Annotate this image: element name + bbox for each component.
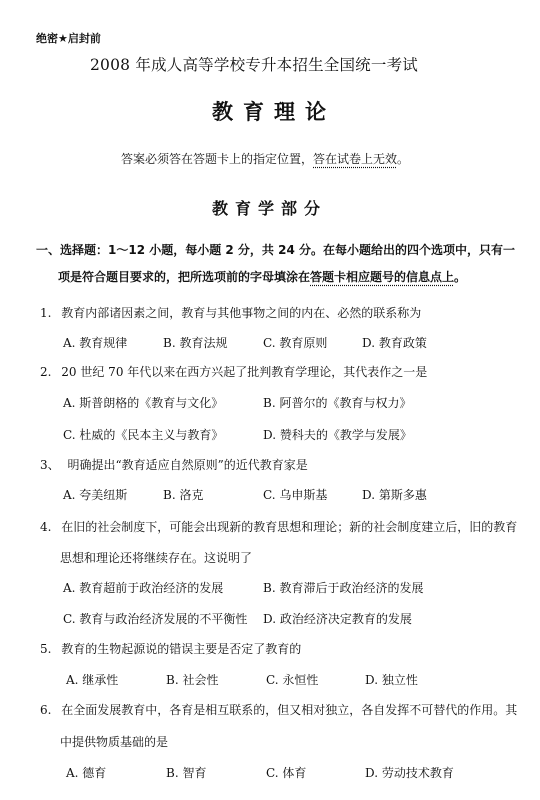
q5-option-b: B. 社会性 [166,671,218,688]
q6-option-a: A. 德育 [66,764,106,781]
question-1: 1. 教育内部诸因素之间，教育与其他事物之间的内在、必然的联系称为 [40,304,421,321]
notice-prefix: 答案必须答在答题卡上的指定位置， [121,152,313,166]
q4-option-b: B. 教育滞后于政治经济的发展 [263,579,423,596]
instructions-emphasis: 答题卡相应题号的信息点上 [310,270,454,284]
section-title: 教育学部分 [212,196,327,219]
q3-option-d: D. 第斯多惠 [362,486,427,503]
question-number: 5. [40,642,51,656]
question-4: 4. 在旧的社会制度下，可能会出现新的教育思想和理论；新的社会制度建立后，旧的教… [40,518,517,535]
question-3: 3、 明确提出“教育适应自然原则”的近代教育家是 [40,456,308,473]
question-text: 教育内部诸因素之间，教育与其他事物之间的内在、必然的联系称为 [61,306,421,320]
q6-option-c: C. 体育 [266,764,306,781]
instructions-line-1: 一、选择题：1～12 小题，每小题 2 分，共 24 分。在每小题给出的四个选项… [36,241,515,258]
question-text: 在全面发展教育中，各育是相互联系的，但又相对独立，各自发挥不可替代的作用。其 [61,703,517,717]
question-number: 3、 [40,458,60,472]
q4-option-d: D. 政治经济决定教育的发展 [263,610,412,627]
q5-option-d: D. 独立性 [365,671,418,688]
q4-option-c: C. 教育与政治经济发展的不平衡性 [63,610,247,627]
q6-option-b: B. 智育 [166,764,206,781]
q2-option-c: C. 杜威的《民本主义与教育》 [63,426,223,443]
question-number: 1. [40,306,51,320]
q3-option-a: A. 夸美纽斯 [63,486,127,503]
question-text: 在旧的社会制度下，可能会出现新的教育思想和理论；新的社会制度建立后，旧的教育 [61,520,517,534]
answer-notice: 答案必须答在答题卡上的指定位置，答在试卷上无效。 [121,150,409,167]
question-5: 5. 教育的生物起源说的错误主要是否定了教育的 [40,640,301,657]
secret-label: 绝密★启封前 [36,30,101,46]
q3-option-b: B. 洛克 [163,486,203,503]
instructions-suffix: 。 [454,270,466,284]
q1-option-b: B. 教育法规 [163,334,227,351]
question-6-line-2: 中提供物质基础的是 [60,733,168,750]
question-6: 6. 在全面发展教育中，各育是相互联系的，但又相对独立，各自发挥不可替代的作用。… [40,701,517,718]
question-4-line-2: 思想和理论还将继续存在。这说明了 [60,549,252,566]
q4-option-a: A. 教育超前于政治经济的发展 [63,579,223,596]
question-text: 明确提出“教育适应自然原则”的近代教育家是 [67,458,307,472]
instructions-prefix: 项是符合题目要求的，把所选项前的字母填涂在 [58,270,310,284]
question-number: 6. [40,703,51,717]
exam-title: 2008 年成人高等学校专升本招生全国统一考试 [90,53,418,75]
q3-option-c: C. 乌申斯基 [263,486,327,503]
q1-option-a: A. 教育规律 [63,334,127,351]
q1-option-d: D. 教育政策 [362,334,427,351]
q2-option-d: D. 赞科夫的《教学与发展》 [263,426,412,443]
notice-suffix: 。 [397,152,409,166]
q2-option-a: A. 斯普朗格的《教育与文化》 [63,394,223,411]
question-number: 4. [40,520,51,534]
q2-option-b: B. 阿普尔的《教育与权力》 [263,394,411,411]
subject-title: 教育理论 [212,96,336,126]
question-2: 2. 20 世纪 70 年代以来在西方兴起了批判教育学理论，其代表作之一是 [40,363,427,380]
q5-option-c: C. 永恒性 [266,671,318,688]
question-number: 2. [40,365,51,379]
q6-option-d: D. 劳动技术教育 [365,764,454,781]
question-text: 20 世纪 70 年代以来在西方兴起了批判教育学理论，其代表作之一是 [61,365,427,379]
q1-option-c: C. 教育原则 [263,334,327,351]
question-text: 教育的生物起源说的错误主要是否定了教育的 [61,642,301,656]
q5-option-a: A. 继承性 [66,671,118,688]
instructions-line-2: 项是符合题目要求的，把所选项前的字母填涂在答题卡相应题号的信息点上。 [58,268,466,285]
notice-emphasis: 答在试卷上无效 [313,152,397,166]
